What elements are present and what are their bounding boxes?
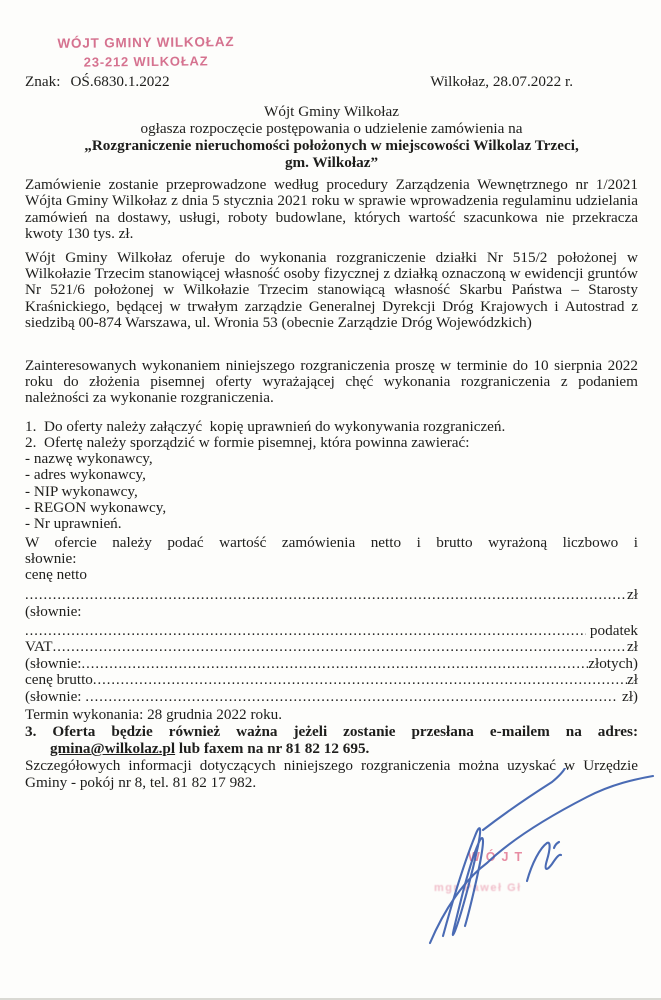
paragraph-procedure: Zamówienie zostanie przeprowadzone wedłu… [25, 177, 638, 243]
fill-prefix: VAT [25, 639, 53, 654]
item3-line2: gmina@wilkolaz.pl lub faxem na nr 81 82 … [25, 740, 638, 757]
price-intro-line1: W ofercie należy podać wartość zamówieni… [25, 535, 638, 551]
dot-leader: ........................................… [85, 690, 618, 705]
fill-suffix: zł [627, 672, 638, 687]
item3-number: 3. [25, 723, 36, 740]
list-item-dash: - NIP wykonawcy, [25, 484, 638, 500]
fill-line-slownie-open: (słownie: [25, 604, 638, 619]
announcement-line: ogłasza rozpoczęcie postępowania o udzie… [25, 120, 638, 137]
list-item-2: 2. Ofertę należy sporządzić w formie pis… [25, 435, 638, 451]
fill-suffix: zł [627, 587, 638, 602]
paragraph-subject: Wójt Gminy Wilkołaz oferuje do wykonania… [25, 250, 638, 332]
dot-leader: ........................................… [53, 640, 627, 655]
fill-line-slownie-zl: (słownie: ..............................… [25, 689, 638, 705]
paragraph-deadline: Zainteresowanych wykonaniem niniejszego … [25, 358, 638, 407]
price-intro-line2: słownie: [25, 551, 638, 567]
fill-prefix: (słownie: [25, 604, 82, 619]
subject-title-line2: gm. Wilkołaz” [25, 154, 638, 171]
item3-text: Oferta będzie również ważna jeżeli zosta… [52, 723, 638, 740]
dot-leader: ........................................… [25, 588, 627, 603]
reference-label: Znak: [25, 73, 60, 90]
fill-line-netto: ........................................… [25, 587, 638, 603]
fill-in-lines: ........................................… [25, 587, 638, 705]
place-and-date: Wilkołaz, 28.07.2022 r. [430, 74, 573, 91]
list-item-3: 3. Oferta będzie również ważna jeżeli zo… [25, 723, 638, 757]
handwritten-signature [420, 768, 660, 953]
fill-suffix: zł [627, 639, 638, 654]
dot-leader: ........................................… [82, 657, 589, 672]
list-item-dash: - nazwę wykonawcy, [25, 451, 638, 467]
dot-leader: ........................................… [93, 673, 627, 688]
signature-block: WÓJT mgr Paweł Gł [420, 768, 660, 953]
price-netto-label: cenę netto [25, 567, 638, 583]
fill-suffix: podatek [586, 623, 638, 638]
list-item-dash: - Nr uprawnień. [25, 516, 638, 532]
reference-row: Znak:OŚ.6830.1.2022 Wilkołaz, 28.07.2022… [25, 74, 638, 91]
subject-title-line1: „Rozgraniczenie nieruchomości położonych… [25, 137, 638, 154]
document-content: Znak:OŚ.6830.1.2022 Wilkołaz, 28.07.2022… [25, 0, 638, 791]
email-address: gmina@wilkolaz.pl [50, 740, 175, 757]
requirements-list: 1. Do oferty należy załączyć kopię upraw… [25, 419, 638, 532]
list-item-dash: - REGON wykonawcy, [25, 500, 638, 516]
fill-suffix: złotych) [588, 656, 638, 671]
fill-suffix: zł) [618, 689, 638, 704]
fill-line-slownie-zlotych: (słownie:...............................… [25, 656, 638, 672]
reference-value: OŚ.6830.1.2022 [70, 73, 169, 90]
list-item-1: 1. Do oferty należy załączyć kopię upraw… [25, 419, 638, 435]
fax-text: lub faxem na nr 81 82 12 695. [175, 740, 369, 757]
document-header: Wójt Gminy Wilkołaz ogłasza rozpoczęcie … [25, 103, 638, 171]
price-section: W ofercie należy podać wartość zamówieni… [25, 535, 638, 583]
reference-number: Znak:OŚ.6830.1.2022 [25, 74, 170, 91]
fill-line-brutto: cenę brutto.............................… [25, 672, 638, 688]
completion-deadline: Termin wykonania: 28 grudnia 2022 roku. [25, 706, 638, 723]
list-item-dash: - adres wykonawcy, [25, 467, 638, 483]
issuer-line: Wójt Gminy Wilkołaz [25, 103, 638, 120]
dot-leader: ........................................… [25, 624, 586, 639]
fill-line-vat: VAT.....................................… [25, 639, 638, 655]
fill-prefix: (słownie: [25, 689, 85, 704]
fill-line-podatek: ........................................… [25, 623, 638, 639]
document-page: WÓJT GMINY WILKOŁAZ 23-212 WILKOŁAZ Znak… [0, 0, 661, 1000]
item3-line1: 3. Oferta będzie również ważna jeżeli zo… [25, 723, 638, 740]
fill-prefix: (słownie: [25, 656, 82, 671]
fill-prefix: cenę brutto [25, 672, 93, 687]
